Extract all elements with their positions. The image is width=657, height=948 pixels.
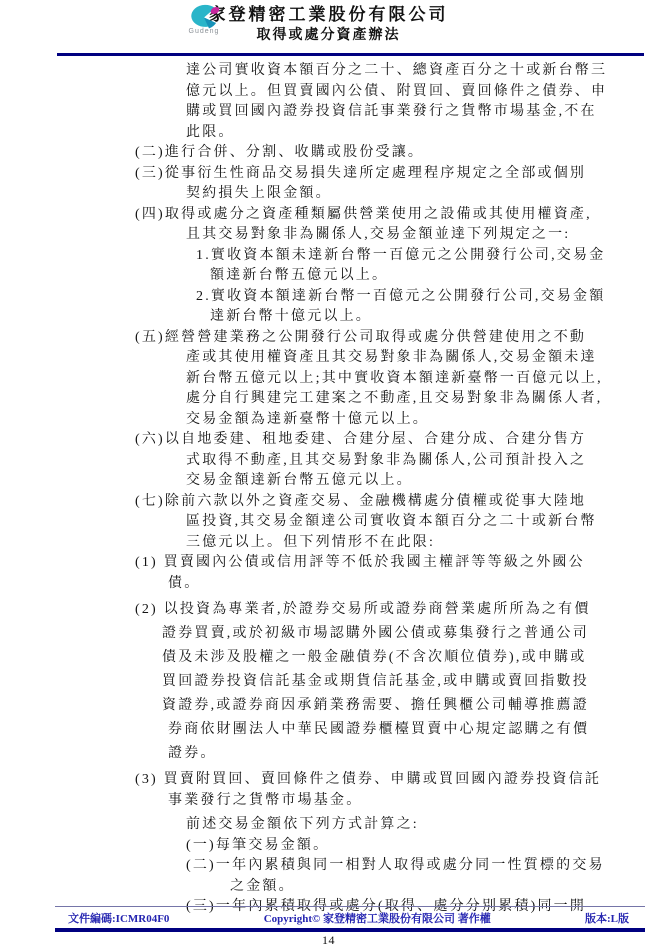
- document-code: 文件編碼:ICMR04F0: [55, 910, 169, 926]
- body-line: (2) 以投資為專業者,於證券交易所或證券商營業處所所為之有價: [135, 598, 657, 622]
- copyright-notice: Copyright© 家登精密工業股份有限公司 著作權: [264, 910, 491, 926]
- body-line: 證券。: [168, 742, 657, 766]
- document-title: 取得或處分資產辦法: [0, 27, 657, 45]
- body-line: 額達新台幣五億元以上。: [210, 266, 657, 287]
- body-line: 前述交易金額依下列方式計算之:: [186, 815, 657, 836]
- body-line: 之金額。: [230, 877, 657, 898]
- body-line: (一)每筆交易金額。: [186, 836, 657, 857]
- body-line: 證券買賣,或於初級市場認購外國公債或募集發行之普通公司: [162, 622, 657, 646]
- body-line: (五)經營營建業務之公開發行公司取得或處分供營建使用之不動: [135, 328, 657, 349]
- body-line: (三)從事衍生性商品交易損失達所定處理程序規定之全部或個別: [135, 164, 657, 185]
- body-line: (二)一年內累積與同一相對人取得或處分同一性質標的交易: [186, 856, 657, 877]
- body-line: (1) 買賣國內公債或信用評等不低於我國主權評等等級之外國公: [135, 553, 657, 574]
- body-line: 債。: [168, 574, 657, 595]
- body-line: 交易金額達新台幣五億元以上。: [186, 471, 657, 492]
- body-line: 三億元以上。但下列情形不在此限:: [186, 533, 657, 554]
- footer-text-row: 文件編碼:ICMR04F0 Copyright© 家登精密工業股份有限公司 著作…: [55, 907, 645, 928]
- body-line: 資證券,或證券商因承銷業務需要、擔任興櫃公司輔導推薦證: [162, 694, 657, 718]
- body-line: 達新台幣十億元以上。: [210, 307, 657, 328]
- body-line: 區投資,其交易金額達公司實收資本額百分之二十或新台幣: [186, 512, 657, 533]
- body-line: 處分自行興建完工建案之不動產,且交易對象非為關係人者,: [186, 389, 657, 410]
- header-titles: 家登精密工業股份有限公司 取得或處分資產辦法: [0, 4, 657, 45]
- body-line: 億元以上。但買賣國內公債、附買回、賣回條件之債券、申: [186, 82, 657, 103]
- body-line: 購或買回國內證券投資信託事業發行之貨幣市場基金,不在: [186, 102, 657, 123]
- body-line: 產或其使用權資產且其交易對象非為關係人,交易金額未達: [186, 348, 657, 369]
- body-line: (四)取得或處分之資產種類屬供營業使用之設備或其使用權資產,: [135, 205, 657, 226]
- page-footer: 文件編碼:ICMR04F0 Copyright© 家登精密工業股份有限公司 著作…: [0, 906, 657, 948]
- body-line: (六)以自地委建、租地委建、合建分屋、合建分成、合建分售方: [135, 430, 657, 451]
- body-line: 事業發行之貨幣市場基金。: [168, 791, 657, 812]
- footer-thick-rule: [55, 928, 645, 932]
- page-header: Gudeng 家登精密工業股份有限公司 取得或處分資產辦法: [0, 0, 657, 50]
- gudeng-logo-icon: [185, 4, 223, 30]
- company-name: 家登精密工業股份有限公司: [0, 4, 657, 26]
- body-line: (七)除前六款以外之資產交易、金融機構處分債權或從事大陸地: [135, 492, 657, 513]
- logo-wordmark: Gudeng: [182, 28, 226, 35]
- body-line: 契約損失上限金額。: [186, 184, 657, 205]
- body-line: 此限。: [186, 123, 657, 144]
- body-line: 買回證券投資信託基金或期貨信託基金,或申購或賣回指數投: [162, 670, 657, 694]
- company-logo: Gudeng: [182, 4, 226, 35]
- body-line: 1.實收資本額未達新台幣一百億元之公開發行公司,交易金: [196, 246, 657, 267]
- body-line: 交易金額為達新臺幣十億元以上。: [186, 410, 657, 431]
- body-line: 達公司實收資本額百分之二十、總資產百分之十或新台幣三: [186, 61, 657, 82]
- body-line: 2.實收資本額達新台幣一百億元之公開發行公司,交易金額: [196, 287, 657, 308]
- header-rule: [57, 53, 644, 56]
- body-line: 券商依財團法人中華民國證券櫃檯買賣中心規定認購之有價: [168, 718, 657, 742]
- body-line: (3) 買賣附買回、賣回條件之債券、申購或買回國內證券投資信託: [135, 770, 657, 791]
- body-line: 債及未涉及股權之一般金融債券(不含次順位債券),或申購或: [162, 646, 657, 670]
- document-body: 達公司實收資本額百分之二十、總資產百分之十或新台幣三 億元以上。但買賣國內公債、…: [0, 61, 657, 918]
- body-line: (二)進行合併、分割、收購或股份受讓。: [135, 143, 657, 164]
- version-label: 版本:L版: [585, 910, 645, 926]
- body-line: 新台幣五億元以上;其中實收資本額達新臺幣一百億元以上,: [186, 369, 657, 390]
- body-line: 式取得不動產,且其交易對象非為關係人,公司預計投入之: [186, 451, 657, 472]
- page-number: 14: [0, 933, 657, 948]
- body-line: 且其交易對象非為關係人,交易金額並達下列規定之一:: [186, 225, 657, 246]
